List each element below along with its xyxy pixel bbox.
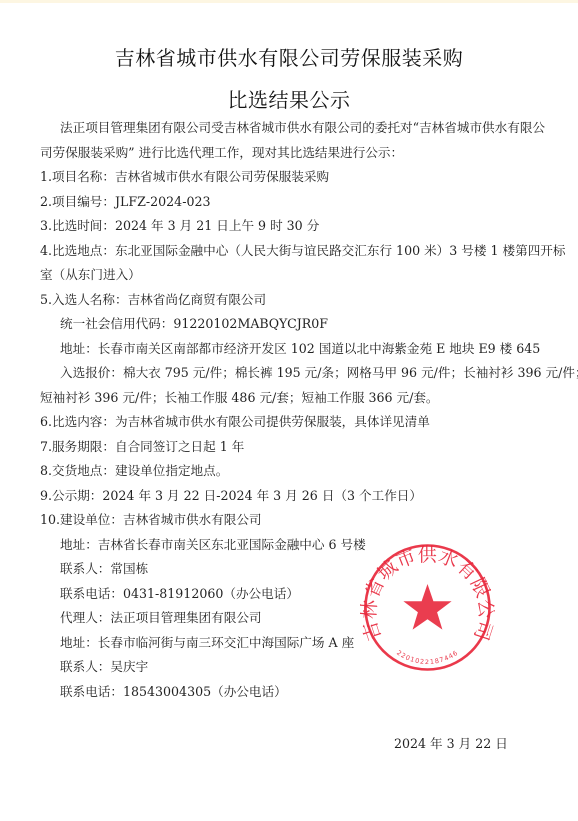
employer-address: 地址：吉林省长春市南关区东北亚国际金融中心 6 号楼 — [60, 537, 366, 553]
winner-credit-code: 统一社会信用代码：91220102MABQYCJR0F — [60, 316, 328, 332]
document-title: 吉林省城市供水有限公司劳保服装采购 — [0, 42, 578, 71]
winner-price-line-1: 入选报价：棉大衣 795 元/件；棉长裤 195 元/条；网格马甲 96 元/件… — [60, 365, 578, 381]
document-subtitle: 比选结果公示 — [0, 84, 578, 113]
agent-phone: 联系电话：18543004305（办公电话） — [60, 684, 287, 700]
svg-text:2201022187446: 2201022187446 — [395, 649, 460, 666]
project-name: 1.项目名称：吉林省城市供水有限公司劳保服装采购 — [40, 169, 329, 185]
employer-phone: 联系电话：0431-81912060（办公电话） — [60, 586, 299, 602]
selection-time: 3.比选时间：2024 年 3 月 21 日上午 9 时 30 分 — [40, 218, 319, 234]
agent-contact: 联系人：吴庆宇 — [60, 659, 148, 675]
employer: 10.建设单位：吉林省城市供水有限公司 — [40, 512, 262, 528]
winner-price-line-2: 短袖衬衫 396 元/件；长袖工作服 486 元/套；短袖工作服 366 元/套… — [40, 390, 439, 406]
selection-content: 6.比选内容：为吉林省城市供水有限公司提供劳保服装，具体详见清单 — [40, 414, 430, 430]
intro-paragraph-line-2: 司劳保服装采购” 进行比选代理工作，现对其比选结果进行公示： — [40, 145, 403, 161]
publication-date: 2024 年 3 月 22 日 — [394, 733, 508, 752]
agent: 代理人：法正项目管理集团有限公司 — [60, 610, 262, 626]
delivery-place: 8.交货地点：建设单位指定地点。 — [40, 463, 228, 479]
selection-place-line-2: 室（从东门进入） — [40, 267, 141, 283]
official-seal-icon: 吉林省城市供水有限公司 2201022187446 — [360, 540, 495, 675]
winner-address: 地址：长春市南关区南部都市经济开发区 102 国道以北中海紫金苑 E 地块 E9… — [60, 341, 540, 357]
intro-paragraph-line-1: 法正项目管理集团有限公司受吉林省城市供水有限公司的委托对“吉林省城市供水有限公 — [60, 120, 545, 136]
publicity-period: 9.公示期：2024 年 3 月 22 日-2024 年 3 月 26 日（3 … — [40, 488, 422, 504]
selection-place-line-1: 4.比选地点：东北亚国际金融中心（人民大街与谊民路交汇东行 100 米）3 号楼… — [40, 243, 565, 259]
winner-name: 5.入选人名称：吉林省尚亿商贸有限公司 — [40, 292, 266, 308]
employer-contact: 联系人：常国栋 — [60, 561, 148, 577]
service-period: 7.服务期限：自合同签订之日起 1 年 — [40, 439, 244, 455]
project-number: 2.项目编号：JLFZ-2024-023 — [40, 194, 210, 210]
top-strip — [0, 0, 578, 3]
agent-address: 地址：长春市临河街与南三环交汇中海国际广场 A 座 — [60, 635, 354, 651]
